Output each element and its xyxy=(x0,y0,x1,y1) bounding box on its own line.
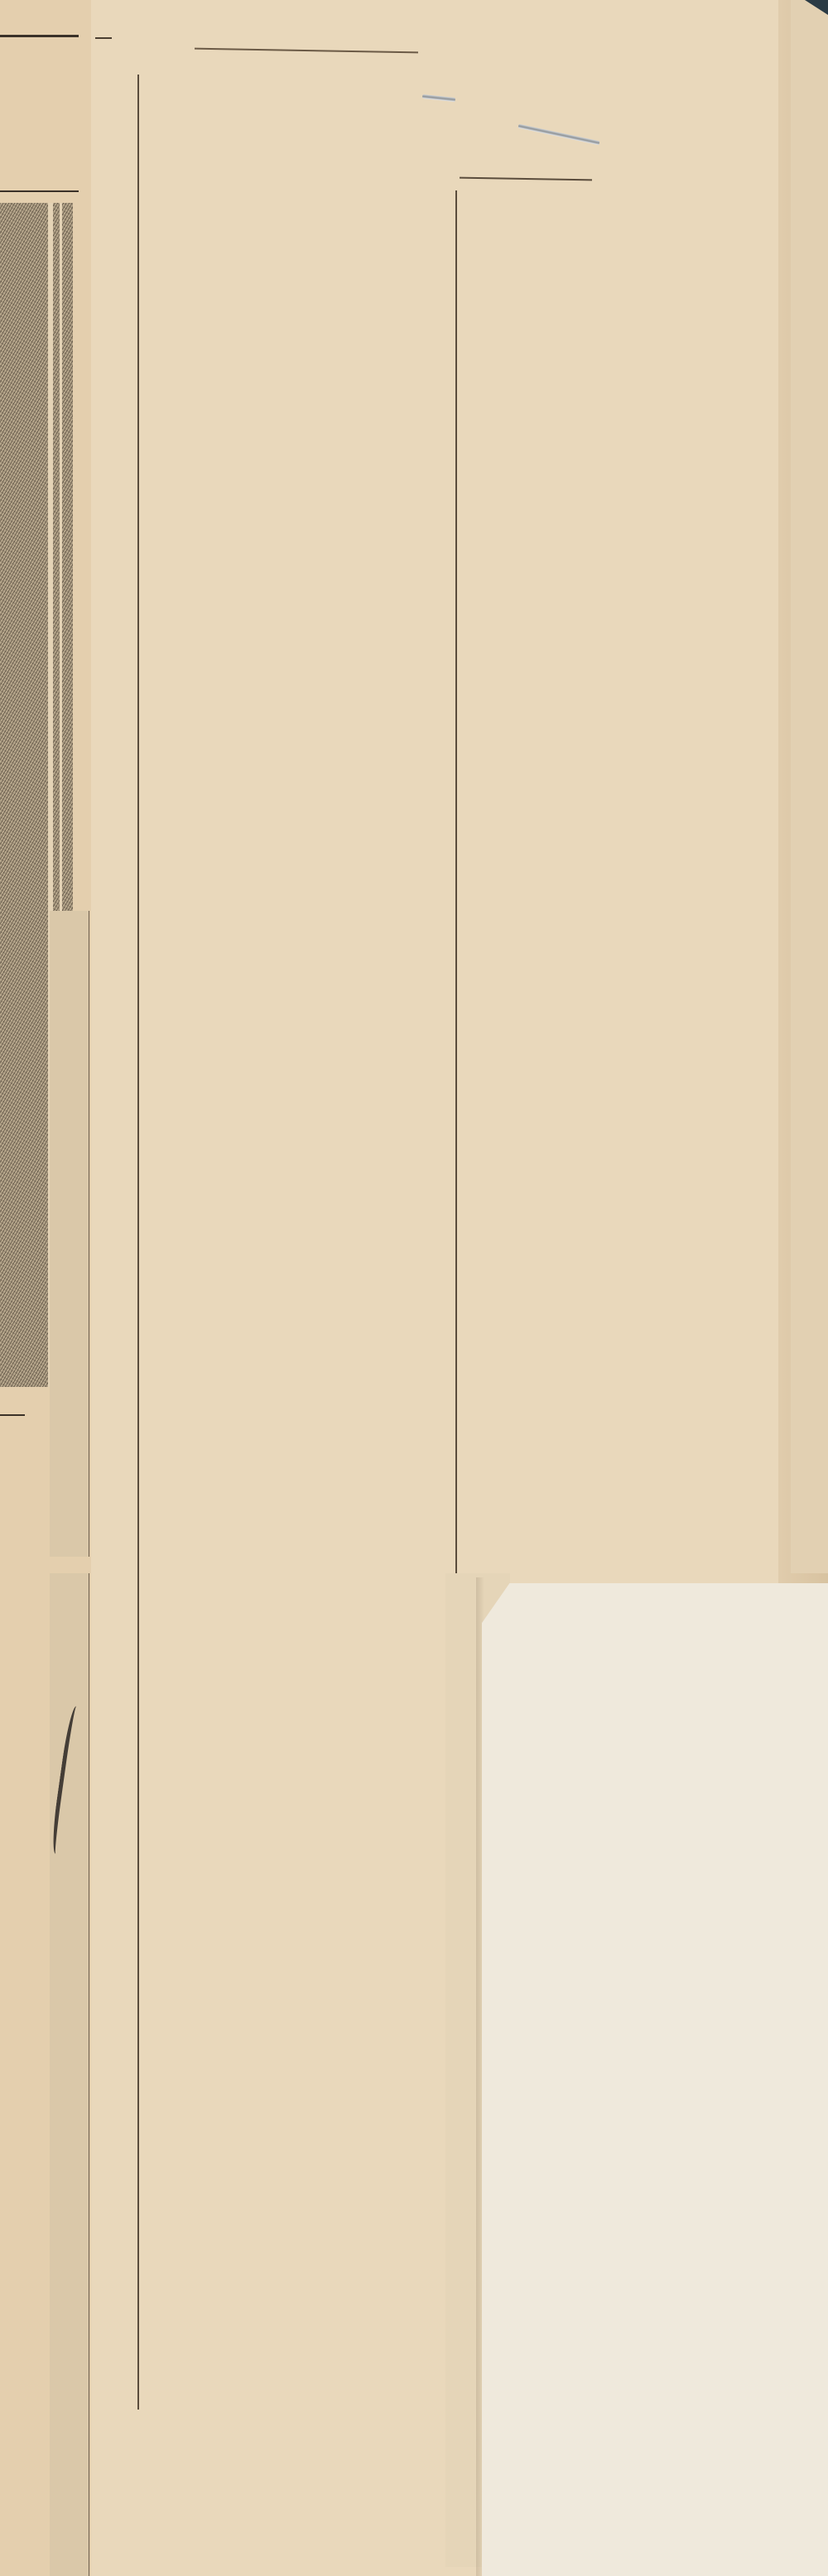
torn-paper-area xyxy=(482,1583,828,2576)
divider-rule xyxy=(0,35,79,37)
article-column-right xyxy=(460,176,778,177)
column-rule xyxy=(455,190,457,1582)
divider-rule xyxy=(0,190,79,192)
divider-rule xyxy=(95,37,112,39)
right-neighbor-clipping xyxy=(791,0,828,1573)
article-column-left xyxy=(141,166,464,167)
scanned-clipping-page xyxy=(0,0,828,2576)
divider-rule xyxy=(0,1414,25,1416)
staple xyxy=(422,94,455,102)
column-rule xyxy=(137,75,139,2410)
neighbor-column-fragments xyxy=(50,911,89,1557)
divider-rule xyxy=(460,177,592,181)
background-corner xyxy=(795,0,828,15)
staple xyxy=(518,124,600,146)
headline-rule xyxy=(195,48,418,54)
